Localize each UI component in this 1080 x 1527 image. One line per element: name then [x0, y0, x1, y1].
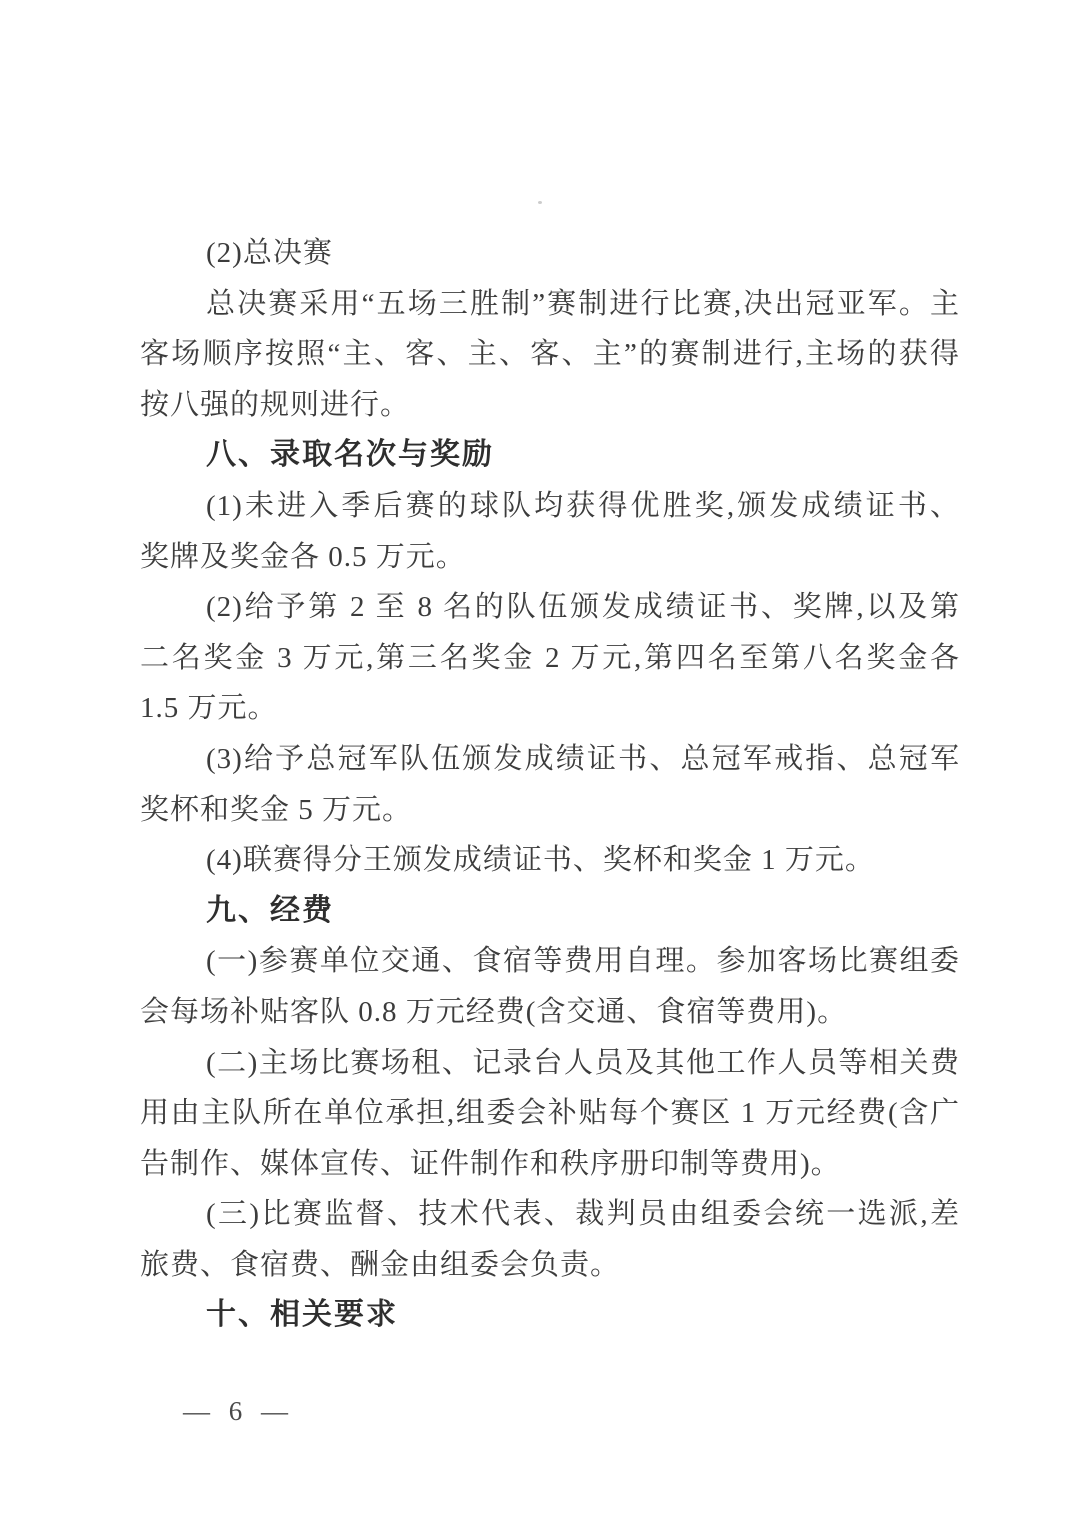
document-body: (2)总决赛总决赛采用“五场三胜制”赛制进行比赛,决出冠亚军。主客场顺序按照“主…	[140, 228, 960, 1341]
text-line: 告制作、媒体宣传、证件制作和秩序册印制等费用)。	[140, 1139, 960, 1190]
document-page: (2)总决赛总决赛采用“五场三胜制”赛制进行比赛,决出冠亚军。主客场顺序按照“主…	[0, 0, 1080, 1527]
text-line: 会每场补贴客队 0.8 万元经费(含交通、食宿等费用)。	[140, 987, 960, 1038]
text-line: (3)给予总冠军队伍颁发成绩证书、总冠军戒指、总冠军	[140, 734, 960, 785]
text-line: (一)参赛单位交通、食宿等费用自理。参加客场比赛组委	[140, 936, 960, 987]
text-line: 用由主队所在单位承担,组委会补贴每个赛区 1 万元经费(含广	[140, 1088, 960, 1139]
text-line: 旅费、食宿费、酬金由组委会负责。	[140, 1240, 960, 1291]
section-heading: 八、录取名次与奖励	[140, 430, 960, 481]
text-line: 按八强的规则进行。	[140, 380, 960, 431]
text-line: 客场顺序按照“主、客、主、客、主”的赛制进行,主场的获得	[140, 329, 960, 380]
text-line: (1)未进入季后赛的球队均获得优胜奖,颁发成绩证书、	[140, 481, 960, 532]
text-line: 奖牌及奖金各 0.5 万元。	[140, 532, 960, 583]
section-heading: 九、经费	[140, 886, 960, 937]
page-number: — 6 —	[183, 1396, 294, 1427]
section-heading: 十、相关要求	[140, 1290, 960, 1341]
text-line: (2)给予第 2 至 8 名的队伍颁发成绩证书、奖牌,以及第	[140, 582, 960, 633]
scan-speck	[538, 201, 542, 204]
text-line: (三)比赛监督、技术代表、裁判员由组委会统一选派,差	[140, 1189, 960, 1240]
text-line: (2)总决赛	[140, 228, 960, 279]
text-line: 1.5 万元。	[140, 683, 960, 734]
text-line: 二名奖金 3 万元,第三名奖金 2 万元,第四名至第八名奖金各	[140, 633, 960, 684]
text-line: 奖杯和奖金 5 万元。	[140, 785, 960, 836]
text-line: (4)联赛得分王颁发成绩证书、奖杯和奖金 1 万元。	[140, 835, 960, 886]
text-line: (二)主场比赛场租、记录台人员及其他工作人员等相关费	[140, 1038, 960, 1089]
text-line: 总决赛采用“五场三胜制”赛制进行比赛,决出冠亚军。主	[140, 279, 960, 330]
